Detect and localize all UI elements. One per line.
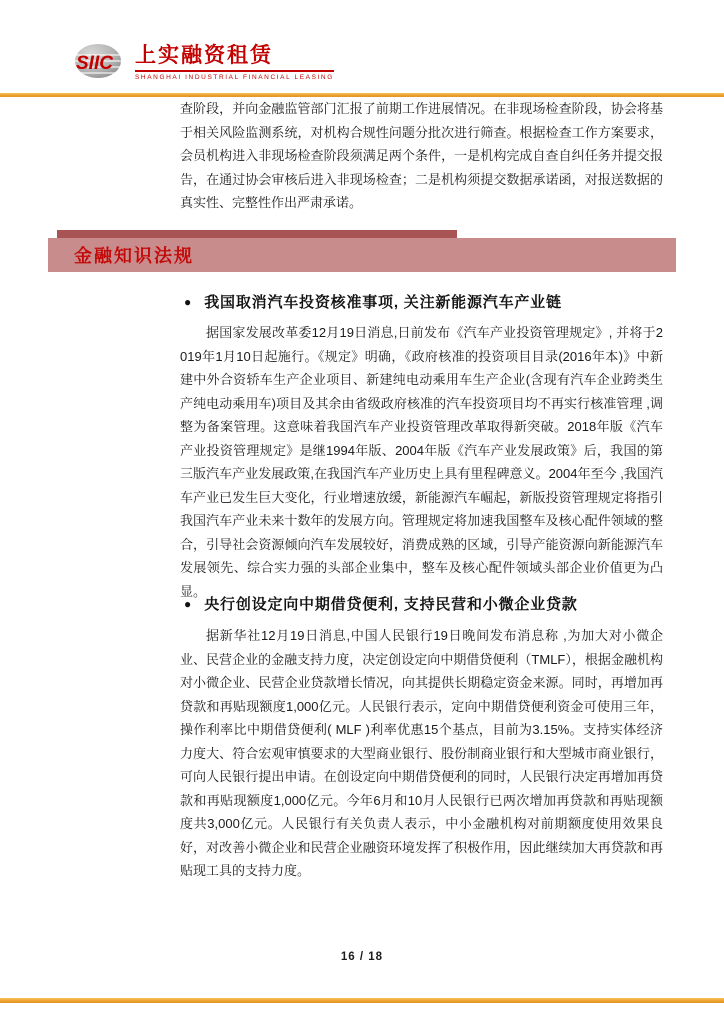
svg-text:SIIC: SIIC (76, 53, 113, 74)
banner-accent-strip (57, 230, 457, 238)
logo-names: 上实融资租赁 SHANGHAI INDUSTRIAL FINANCIAL LEA… (135, 42, 334, 81)
footer-rule (0, 998, 724, 1003)
company-name-en: SHANGHAI INDUSTRIAL FINANCIAL LEASING (135, 74, 334, 81)
article-2-heading: ● 央行创设定向中期借贷便利, 支持民营和小微企业贷款 (184, 593, 670, 614)
intro-paragraph: 查阶段，并向金融监管部门汇报了前期工作进展情况。在非现场检查阶段，协会将基于相关… (180, 97, 663, 215)
section-banner: 金融知识法规 (48, 238, 676, 272)
article-2-body: 据新华社12月19日消息,中国人民银行19日晚间发布消息称 ,为加大对小微企业、… (180, 624, 663, 883)
bullet-icon: ● (184, 296, 191, 308)
siic-globe-icon: SIIC (73, 42, 127, 80)
article-1-body: 据国家发展改革委12月19日消息,日前发布《汽车产业投资管理规定》, 并将于20… (180, 321, 663, 603)
article-1-title: 我国取消汽车投资核准事项, 关注新能源汽车产业链 (204, 291, 562, 312)
bullet-icon: ● (184, 598, 191, 610)
company-name-cn: 上实融资租赁 (135, 44, 334, 72)
document-page: SIIC 上实融资租赁 SHANGHAI INDUSTRIAL FINANCIA… (0, 0, 724, 1023)
article-2-title: 央行创设定向中期借贷便利, 支持民营和小微企业贷款 (204, 593, 577, 614)
section-banner-title: 金融知识法规 (48, 242, 194, 268)
article-1-heading: ● 我国取消汽车投资核准事项, 关注新能源汽车产业链 (184, 291, 670, 312)
page-number: 16 / 18 (0, 951, 724, 963)
company-logo: SIIC 上实融资租赁 SHANGHAI INDUSTRIAL FINANCIA… (73, 42, 334, 81)
